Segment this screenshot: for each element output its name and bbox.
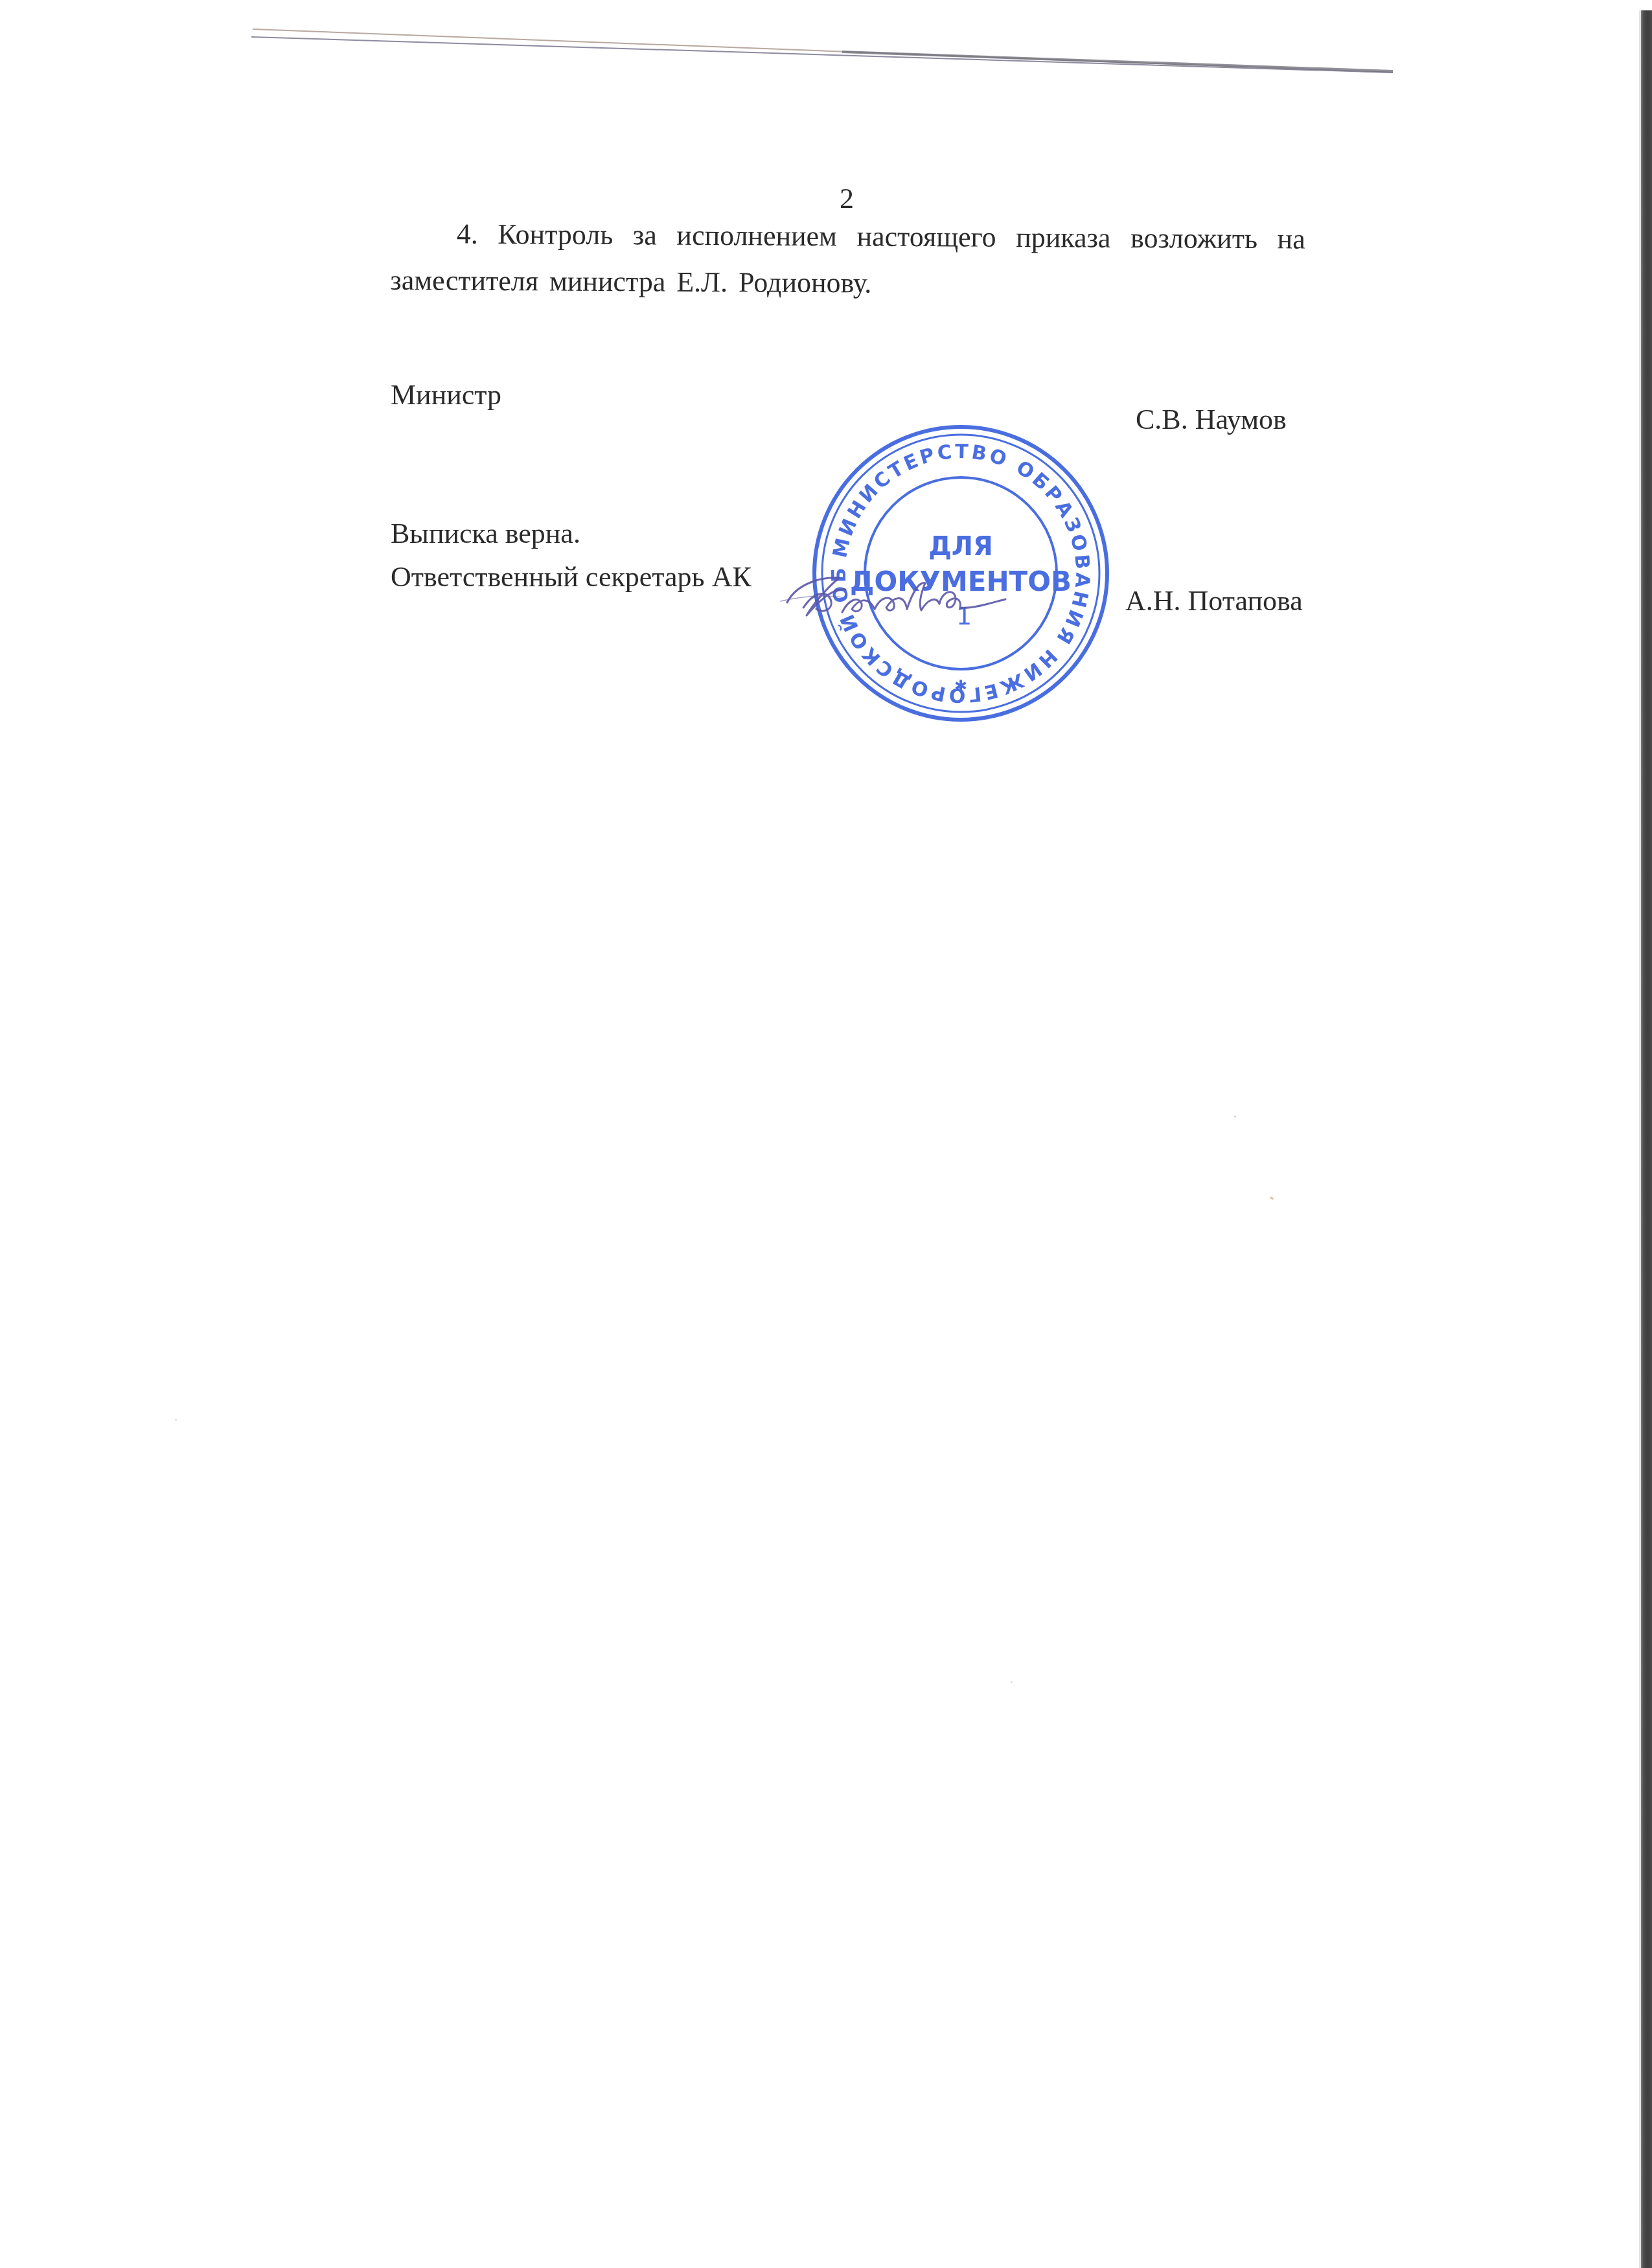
handwritten-signature [777, 564, 1011, 628]
scan-speck [1270, 1197, 1274, 1200]
paper-edge-lines [0, 0, 1652, 91]
scanner-edge [1641, 10, 1652, 2268]
minister-name: С.В. Наумов [1136, 406, 1287, 434]
extract-certified-note: Выписка верна. [391, 520, 580, 548]
scan-speck [174, 1418, 177, 1421]
scan-speck [1010, 1680, 1013, 1683]
secretary-title: Ответственный секретарь АК [391, 563, 751, 591]
secretary-name: А.Н. Потапова [1125, 587, 1303, 615]
stamp-star-icon: ✱ [954, 677, 967, 695]
stamp-center-line-1: ДЛЯ [928, 532, 993, 562]
page-number: 2 [840, 185, 854, 213]
paragraph-4: 4. Контроль за исполнением настоящего пр… [390, 211, 1305, 310]
body-paragraph-block: 4. Контроль за исполнением настоящего пр… [390, 211, 1305, 310]
scan-speck [1233, 1115, 1236, 1117]
minister-title: Министр [391, 381, 501, 409]
